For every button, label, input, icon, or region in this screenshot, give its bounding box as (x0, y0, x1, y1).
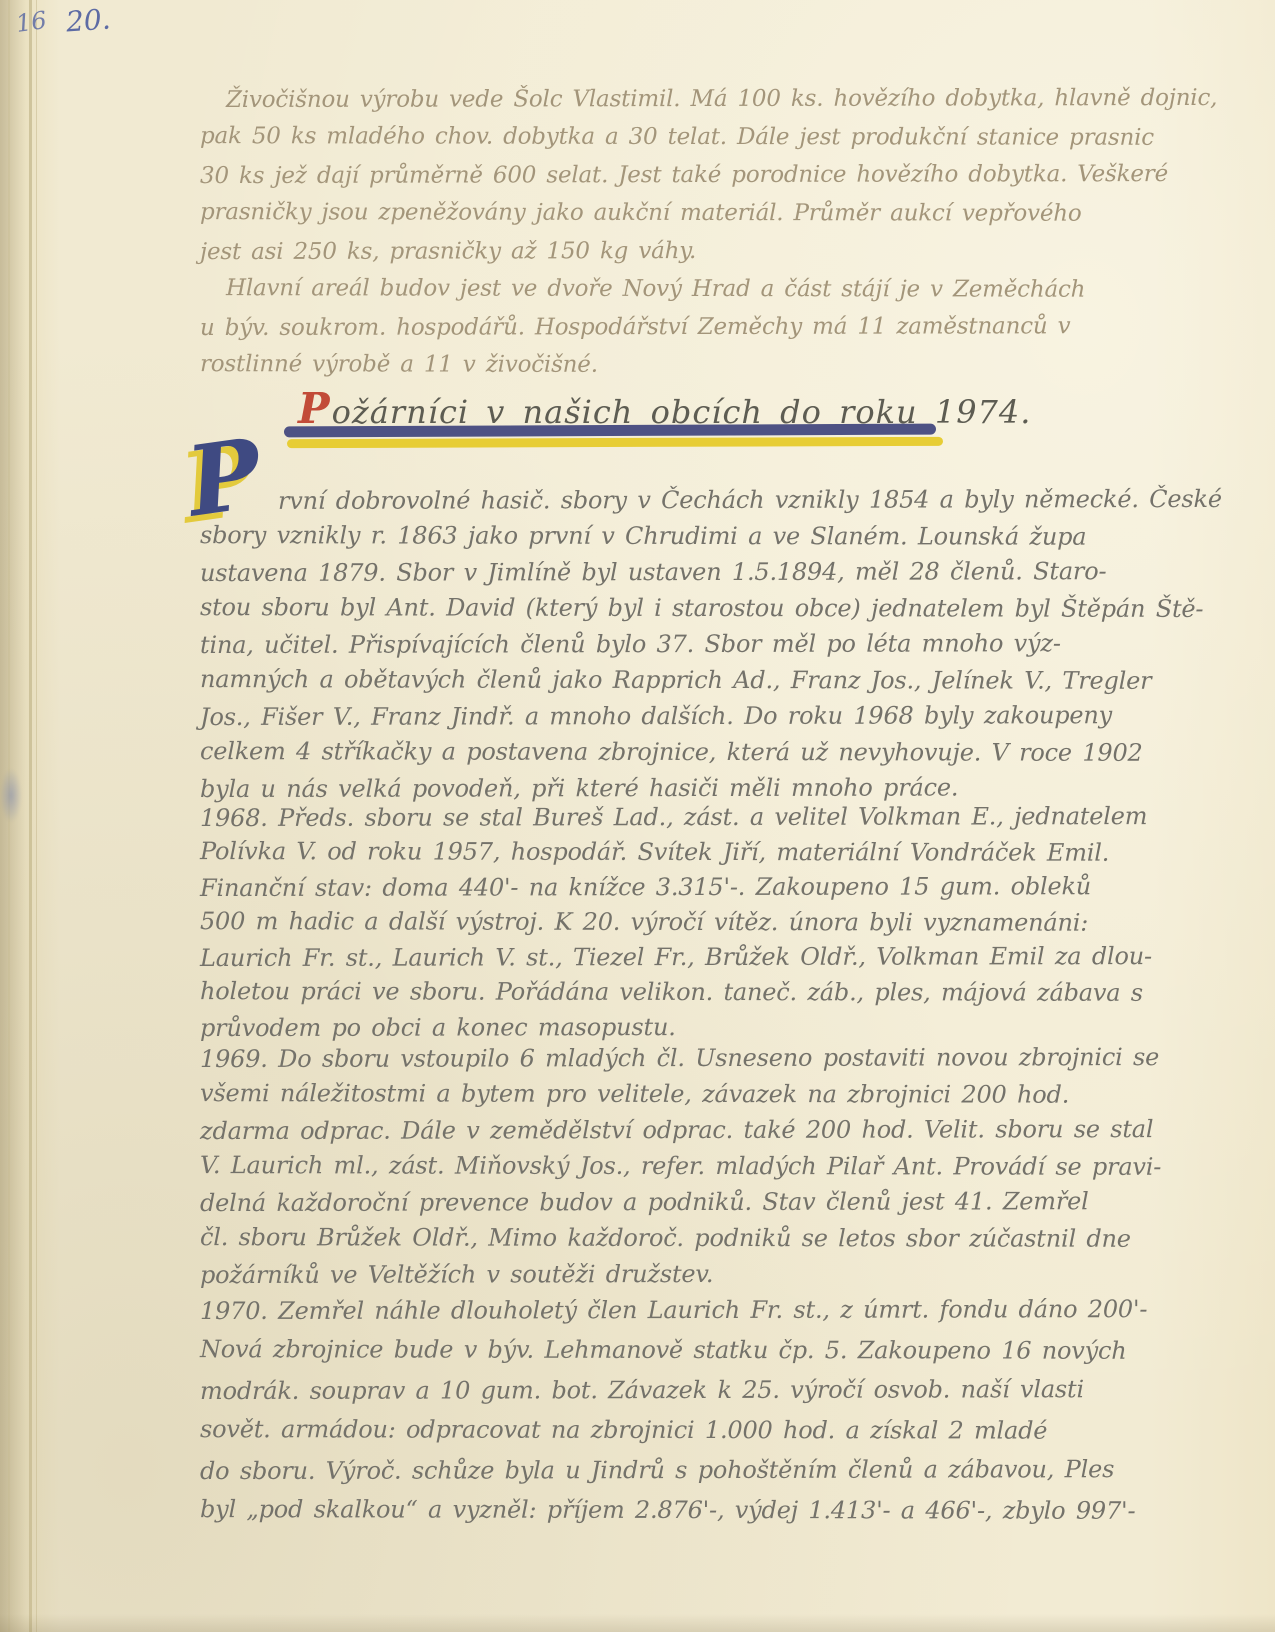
handwritten-line: jest asi 250 ks, prasničky až 150 kg váh… (200, 231, 1210, 271)
handwritten-line: Finanční stav: doma 440'- na knížce 3.31… (200, 869, 1210, 906)
handwritten-line: namných a obětavých členů jako Rapprich … (200, 661, 1210, 699)
page-edge-line (29, 0, 32, 1632)
handwritten-line: rostlinné výrobě a 11 v živočišné. (200, 345, 1210, 385)
handwritten-line: sbory vznikly r. 1863 jako první v Chrud… (200, 517, 1210, 555)
handwritten-line: Živočišnou výrobu vede Šolc Vlastimil. M… (200, 79, 1210, 119)
handwritten-line: Laurich Fr. st., Laurich V. st., Tiezel … (200, 939, 1210, 976)
handwritten-line: celkem 4 stříkačky a postavena zbrojnice… (200, 733, 1210, 771)
handwritten-line: delná každoroční prevence budov a podnik… (200, 1183, 1210, 1221)
handwritten-line: rvní dobrovolné hasič. sbory v Čechách v… (200, 481, 1210, 519)
handwritten-line: Jos., Fišer V., Franz Jindř. a mnoho dal… (200, 697, 1210, 735)
page-number-main: 20. (65, 2, 112, 38)
handwritten-line: všemi náležitostmi a bytem pro velitele,… (200, 1075, 1210, 1113)
handwritten-line: čl. sboru Brůžek Oldř., Mimo každoroč. p… (200, 1219, 1210, 1257)
page-edge-line (36, 0, 37, 1632)
heading-underline-yellow (287, 437, 943, 448)
handwritten-line: 1970. Zemřel náhle dlouholetý člen Lauri… (200, 1289, 1210, 1331)
handwritten-line: ustavena 1879. Sbor v Jimlíně byl ustave… (200, 553, 1210, 591)
handwritten-line: zdarma odprac. Dále v zemědělství odprac… (200, 1111, 1210, 1149)
page-number-small: 16 (14, 6, 48, 38)
handwritten-line: byl „pod skalkou“ a vyzněl: příjem 2.876… (200, 1489, 1210, 1531)
paragraph-livestock-production: Živočišnou výrobu vede Šolc Vlastimil. M… (200, 80, 1210, 384)
heading-underline-blue (284, 424, 936, 438)
handwritten-line: u býv. soukrom. hospodářů. Hospodářství … (200, 307, 1210, 347)
handwritten-line: Hlavní areál budov jest ve dvoře Nový Hr… (200, 269, 1210, 309)
paragraph-year-1968: 1968. Předs. sboru se stal Bureš Lad., z… (200, 800, 1210, 1045)
paragraph-year-1969: 1969. Do sboru vstoupilo 6 mladých čl. U… (200, 1040, 1210, 1292)
handwritten-line: Nová zbrojnice bude v býv. Lehmanově sta… (200, 1329, 1210, 1371)
handwritten-line: prasničky jsou zpeněžovány jako aukční m… (200, 193, 1210, 233)
handwritten-line: 1968. Předs. sboru se stal Bureš Lad., z… (200, 799, 1210, 836)
handwritten-line: požárníků ve Veltěžích v soutěži družste… (200, 1255, 1210, 1293)
handwritten-line: pak 50 ks mladého chov. dobytka a 30 tel… (200, 117, 1210, 157)
handwritten-line: holetou práci ve sboru. Pořádána velikon… (200, 974, 1210, 1011)
handwritten-line: 500 m hadic a další výstroj. K 20. výroč… (200, 904, 1210, 941)
handwritten-line: V. Laurich ml., zást. Miňovský Jos., ref… (200, 1147, 1210, 1185)
handwritten-line: tina, učitel. Přispívajících členů bylo … (200, 625, 1210, 663)
handwritten-line: do sboru. Výroč. schůze byla u Jindrů s … (200, 1449, 1210, 1491)
handwritten-line: stou sboru byl Ant. David (který byl i s… (200, 589, 1210, 627)
corner-page-numbers: 16 20. (16, 4, 110, 37)
paragraph-year-1970: 1970. Zemřel náhle dlouholetý člen Lauri… (200, 1290, 1210, 1530)
handwritten-line: sovět. armádou: odpracovat na zbrojnici … (200, 1409, 1210, 1451)
handwritten-line: 30 ks jež dají průměrně 600 selat. Jest … (200, 155, 1210, 195)
handwritten-line: Polívka V. od roku 1957, hospodář. Svíte… (200, 834, 1210, 871)
ink-smudge (0, 768, 22, 823)
handwritten-line: modrák. souprav a 10 gum. bot. Závazek k… (200, 1369, 1210, 1411)
page-bottom-shadow (0, 1614, 1275, 1632)
handwritten-line: 1969. Do sboru vstoupilo 6 mladých čl. U… (200, 1039, 1210, 1077)
paragraph-firemen-history: rvní dobrovolné hasič. sbory v Čechách v… (200, 482, 1210, 806)
chronicle-page: 16 20. Živočišnou výrobu vede Šolc Vlast… (0, 0, 1275, 1632)
